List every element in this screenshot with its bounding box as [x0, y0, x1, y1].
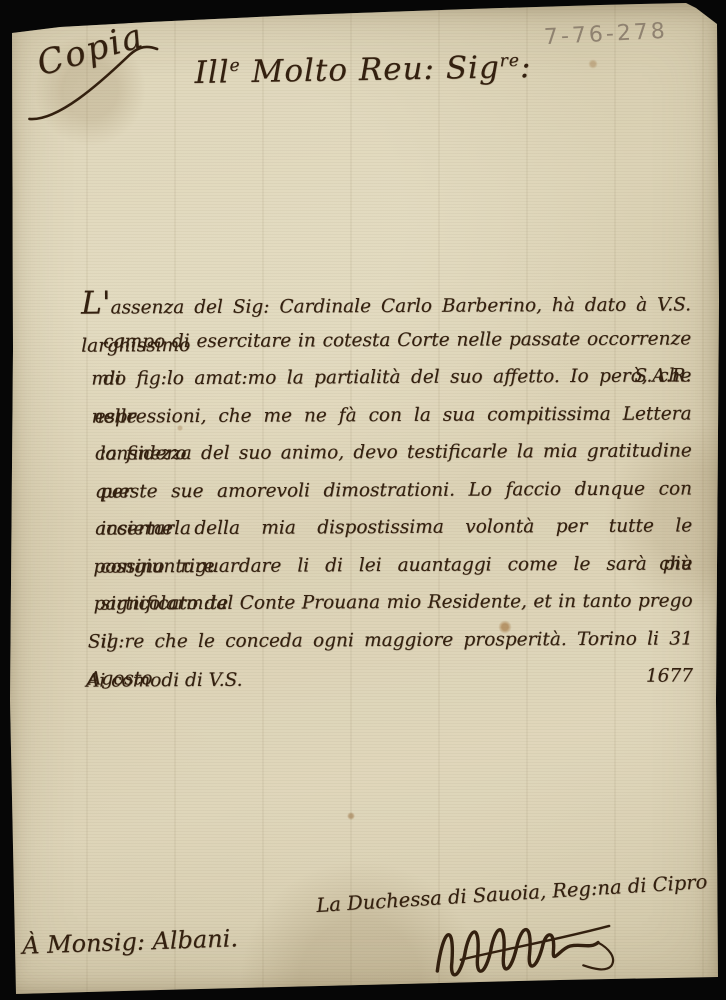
letter-line: queste sue amorevoli dimostrationi. Lo f… [82, 470, 692, 511]
letter-line: espressioni, che me ne fà con la sua com… [82, 395, 692, 436]
salutation-part: Molto Reu: Sig [240, 50, 500, 91]
letter-line: mio fig:lo amat:mo la partialità del suo… [81, 357, 691, 398]
salutation-superscript: e [229, 56, 240, 76]
letter-body: L'assenza del Sig: Cardinale Carlo Barbe… [81, 282, 693, 700]
salutation-part: Ill [194, 54, 230, 91]
letter-line: la finezza del suo animo, devo testifica… [82, 432, 692, 473]
letter-line: possino riguardare li di lei auantaggi c… [82, 545, 692, 586]
address-line: À Monsig: Albani. [22, 924, 239, 960]
archival-number: 7-76-278 [544, 19, 669, 50]
signature-flourish [430, 903, 633, 983]
letter-line: insieme della mia dispostissima volontà … [82, 507, 692, 548]
letter-line: Sig:re che le conceda ogni maggiore pros… [83, 620, 693, 661]
letter-scan: Copia 7-76-278 Ille Molto Reu: Sigre: L'… [0, 0, 726, 1000]
letter-line: campo di esercitare in cotesta Corte nel… [81, 320, 691, 361]
salutation-part: : [520, 49, 532, 85]
paper-sheet: Copia 7-76-278 Ille Molto Reu: Sigre: L'… [0, 0, 726, 1000]
letter-line: significato dal Conte Prouana mio Reside… [82, 582, 692, 623]
letter-line: L'assenza del Sig: Cardinale Carlo Barbe… [81, 282, 691, 323]
salutation-superscript: re [499, 51, 520, 71]
